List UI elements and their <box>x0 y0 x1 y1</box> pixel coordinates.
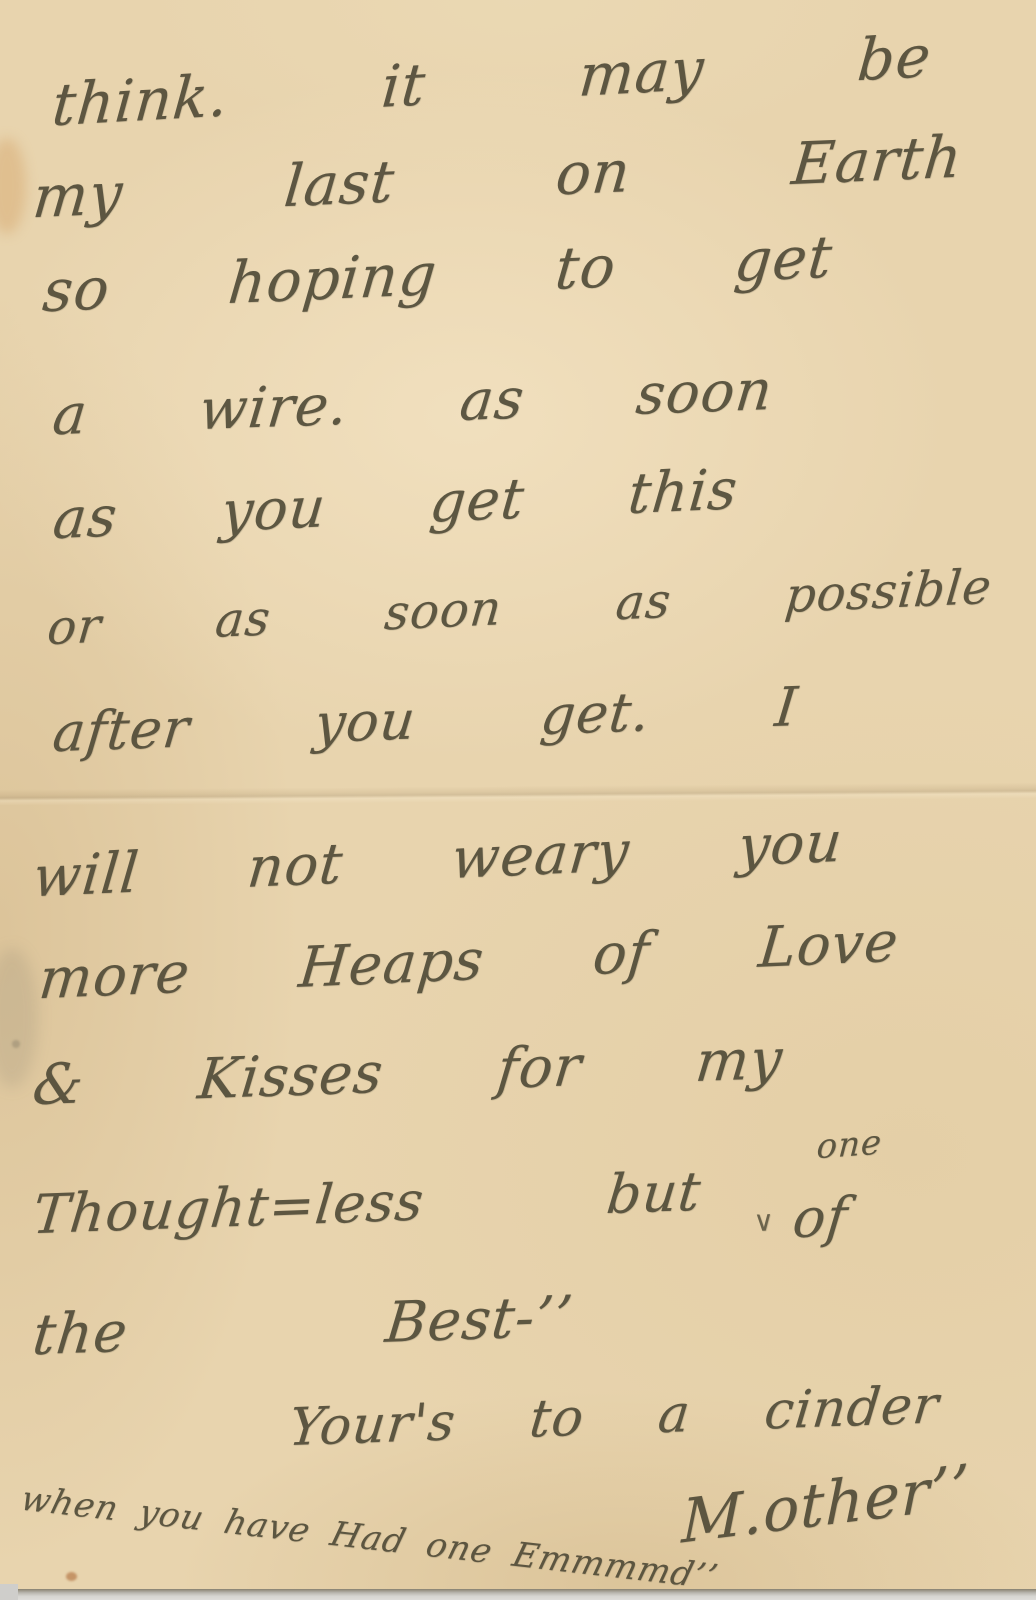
scanner-edge-strip <box>0 1589 1036 1600</box>
letter-line-03: so hoping to get <box>40 228 835 321</box>
signature-line: M.other’’ <box>681 1457 971 1553</box>
postscript-line: when you have Had one Emmmmd’’ <box>17 1482 721 1594</box>
letter-line-12: the Best-’’ <box>30 1289 576 1364</box>
letter-line-06: or as soon as possible <box>45 563 994 652</box>
letter-line-10: & Kisses for my <box>30 1032 785 1114</box>
insertion-caret: ∨ <box>753 1207 775 1236</box>
letter-line-04: a wire. as soon <box>50 363 775 444</box>
letter-line-01: think. it may be <box>50 27 934 134</box>
letter-line-11-continued: of <box>790 1190 850 1246</box>
valediction-line: Your's to a cinder <box>287 1379 942 1454</box>
letter-line-07: after you get. I <box>50 680 800 760</box>
letter-line-08: will not weary you <box>31 815 846 907</box>
scanner-edge-corner <box>0 1584 18 1600</box>
fold-crease <box>0 782 1036 805</box>
paper-stain <box>0 138 26 234</box>
letter-scan: think. it may be my last on Earth so hop… <box>0 0 1036 1600</box>
paper-freckle <box>66 1572 77 1581</box>
letter-line-05: as you get this <box>51 462 741 548</box>
letter-line-11: Thought=less but <box>30 1165 704 1243</box>
ink-smudge <box>0 948 38 1088</box>
letter-line-09: more Heaps of Love <box>37 914 902 1008</box>
paper-freckle <box>12 1040 20 1048</box>
letter-line-02: my last on Earth <box>30 127 965 226</box>
inserted-word: one <box>816 1125 884 1164</box>
